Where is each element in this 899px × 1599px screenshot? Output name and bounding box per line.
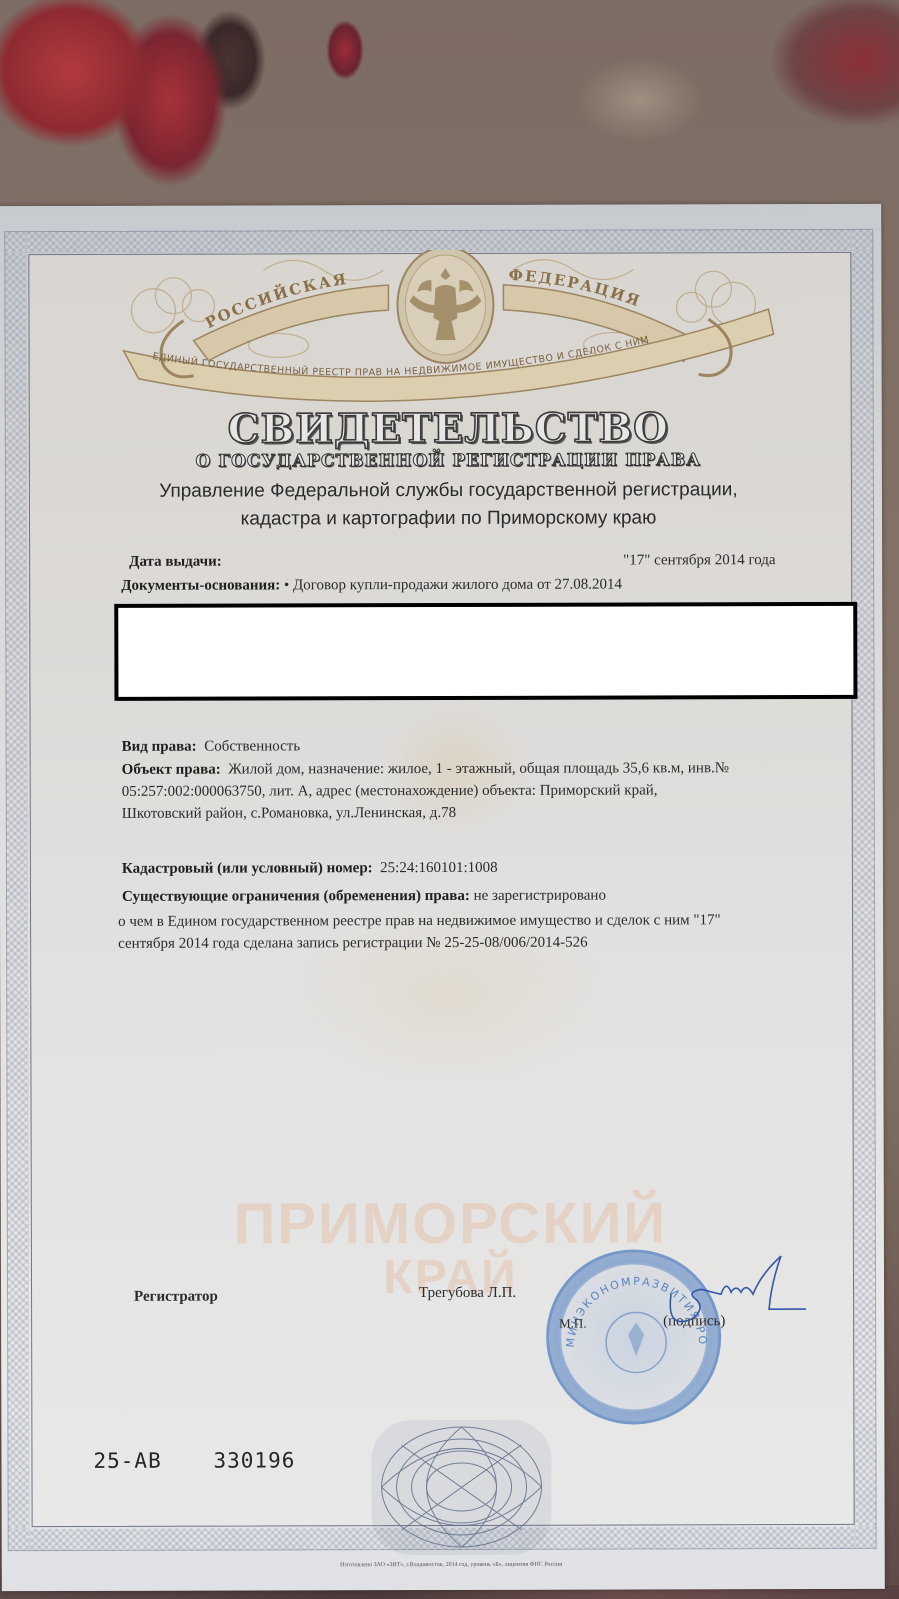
header-emblem: РОССИЙСКАЯ ФЕДЕРАЦИЯ ЕДИНЫЙ ГОСУДАРСТВЕН…	[113, 249, 778, 406]
object-line-1: Объект права: Жилой дом, назначение: жил…	[122, 757, 862, 781]
handwritten-signature	[661, 1254, 811, 1334]
right-type-value: Собственность	[204, 738, 300, 754]
encumbrances-value: не зарегистрировано	[474, 888, 606, 904]
right-type: Вид права: Собственность	[122, 735, 301, 757]
basis-documents: Документы-основания: • Договор купли-про…	[121, 574, 622, 597]
registrar-role: Регистратор	[134, 1286, 218, 1308]
registry-line-2: сентября 2014 года сделана запись регист…	[118, 931, 721, 955]
object-label: Объект права:	[122, 762, 221, 778]
right-object: Объект права: Жилой дом, назначение: жил…	[122, 757, 862, 825]
redacted-block	[114, 602, 857, 701]
cadastral-number: Кадастровый (или условный) номер: 25:24:…	[122, 857, 498, 880]
serial-series: 25-АВ	[93, 1449, 161, 1473]
issuer-line-2: кадастра и картографии по Приморскому кр…	[0, 504, 898, 534]
serial-number: 330196	[213, 1448, 295, 1472]
issuing-agency: Управление Федеральной службы государств…	[0, 476, 898, 534]
registrar-name: Трегубова Л.П.	[419, 1282, 516, 1304]
basis-documents-value: • Договор купли-продажи жилого дома от 2…	[284, 577, 622, 594]
object-line-3: Шкотовский район, с.Романовка, ул.Ленинс…	[122, 801, 862, 825]
printer-note: Изготовлено ЗАО «ЗИТ», г.Владивосток, 20…	[2, 1561, 899, 1569]
stamp-place-label: М.П.	[559, 1313, 587, 1335]
encumbrances-label: Существующие ограничения (обременения) п…	[122, 888, 470, 905]
document-title: СВИДЕТЕЛЬСТВО	[0, 404, 898, 453]
basis-documents-label: Документы-основания:	[121, 577, 280, 593]
watermark-region: ПРИМОРСКИЙ	[1, 1189, 899, 1258]
stamp-eagle-icon	[628, 1322, 644, 1356]
issuer-line-1: Управление Федеральной службы государств…	[0, 476, 898, 506]
issue-date-value: "17" сентября 2014 года	[623, 549, 776, 571]
cadastral-value: 25:24:160101:1008	[380, 860, 498, 876]
registry-record: о чем в Едином государственном реестре п…	[118, 909, 721, 955]
cadastral-label: Кадастровый (или условный) номер:	[122, 860, 373, 877]
certificate-sheet: РОССИЙСКАЯ ФЕДЕРАЦИЯ ЕДИНЫЙ ГОСУДАРСТВЕН…	[0, 204, 885, 1591]
registry-line-1: о чем в Едином государственном реестре п…	[118, 909, 721, 933]
issue-date-label: Дата выдачи:	[129, 551, 222, 573]
security-rosette-icon	[371, 1420, 551, 1555]
document-subtitle: О ГОСУДАРСТВЕННОЙ РЕГИСТРАЦИИ ПРАВА	[0, 450, 898, 472]
object-line-2: 05:257:002:000063750, лит. А, адрес (мес…	[122, 779, 862, 803]
right-type-label: Вид права:	[122, 739, 197, 755]
encumbrances: Существующие ограничения (обременения) п…	[122, 885, 606, 908]
